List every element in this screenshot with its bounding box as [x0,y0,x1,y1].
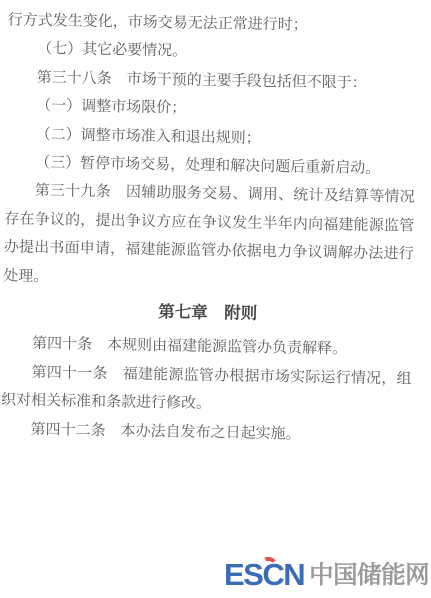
article-39: 第三十九条 因辅助服务交易、调用、统计及结算等情况存在争议的，提出争议方应在争议… [3,177,415,298]
escn-logo-text: ESCN [224,560,304,590]
article-41: 第四十一条 福建能源监管办根据市场实际运行情况，组织对相关标准和条款进行修改。 [1,358,412,422]
chapter-heading: 第七章 附则 [2,295,412,331]
scanned-document-page: 行方式发生变化，市场交易无法正常进行时； （七）其它必要情况。 第三十八条 市场… [0,0,431,598]
escn-logo-chinese: 中国储能网 [309,563,429,589]
escn-watermark: ESCN 中国储能网 [224,560,429,590]
article-42: 第四十二条 本办法自发布之日起实施。 [0,415,410,451]
document-body: 行方式发生变化，市场交易无法正常进行时； （七）其它必要情况。 第三十八条 市场… [0,0,418,451]
